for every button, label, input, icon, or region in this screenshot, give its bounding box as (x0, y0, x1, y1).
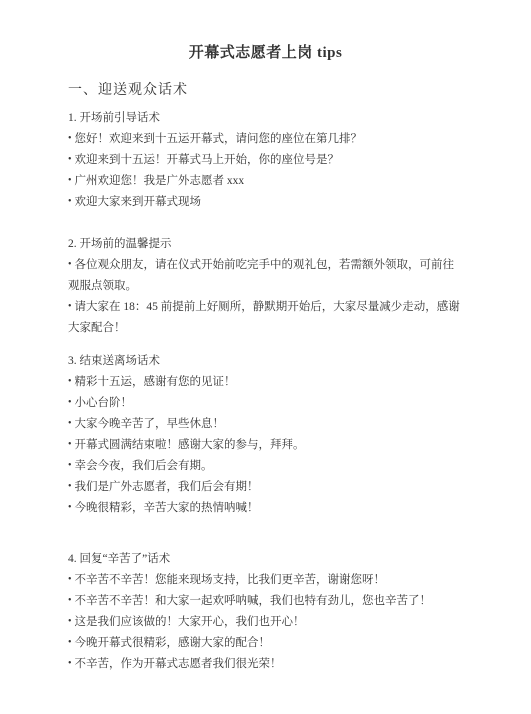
document-content: 开幕式志愿者上岗 tips 一、迎送观众话术 1. 开场前引导话术 •您好！欢迎… (0, 0, 531, 675)
list-item-text: 今晚开幕式很精彩，感谢大家的配合！ (75, 637, 271, 649)
list-item: •欢迎来到十五运！开幕式马上开始，你的座位号是？ (68, 150, 463, 171)
list-item: •各位观众朋友，请在仪式开始前吃完手中的观礼包，若需额外领取，可前往观服点领取。 (68, 255, 463, 297)
bullet-icon: • (68, 434, 72, 455)
list-item: •开幕式圆满结束啦！感谢大家的参与，拜拜。 (68, 435, 463, 456)
list-item-text: 我们是广外志愿者，我们后会有期！ (75, 481, 259, 493)
bullet-icon: • (68, 392, 72, 413)
list-item-text: 开幕式圆满结束啦！感谢大家的参与，拜拜。 (75, 439, 305, 451)
list-item-text: 欢迎大家来到开幕式现场 (75, 196, 202, 208)
list-item: •欢迎大家来到开幕式现场 (68, 192, 463, 213)
list-item: •小心台阶！ (68, 393, 463, 414)
list-item-text: 不辛苦不辛苦！您能来现场支持，比我们更辛苦，谢谢您呀！ (75, 574, 386, 586)
list-item: •我们是广外志愿者，我们后会有期！ (68, 477, 463, 498)
bullet-icon: • (68, 371, 72, 392)
document-title: 开幕式志愿者上岗 tips (68, 44, 463, 63)
bullet-icon: • (68, 653, 72, 674)
list-item-text: 广州欢迎您！我是广外志愿者 xxx (75, 175, 245, 187)
list-item-text: 这是我们应该做的！大家开心，我们也开心！ (75, 616, 305, 628)
bullet-icon: • (68, 569, 72, 590)
bullet-icon: • (68, 611, 72, 632)
section-heading: 4. 回复“辛苦了”话术 (68, 549, 463, 570)
list-item-text: 请大家在 18：45 前提前上好厕所，静默期开始后，大家尽量减少走动，感谢大家配… (68, 301, 460, 334)
bullet-icon: • (68, 254, 72, 275)
bullet-icon: • (68, 170, 72, 191)
list-item-text: 各位观众朋友，请在仪式开始前吃完手中的观礼包，若需额外领取，可前往观服点领取。 (68, 259, 454, 292)
list-item: •这是我们应该做的！大家开心，我们也开心！ (68, 612, 463, 633)
list-item: •大家今晚辛苦了，早些休息！ (68, 414, 463, 435)
bullet-icon: • (68, 149, 72, 170)
list-item: •幸会今夜，我们后会有期。 (68, 456, 463, 477)
bullet-icon: • (68, 296, 72, 317)
section-heading: 1. 开场前引导话术 (68, 108, 463, 129)
list-item: •今晚很精彩，辛苦大家的热情呐喊！ (68, 498, 463, 519)
list-item: •不辛苦，作为开幕式志愿者我们很光荣！ (68, 654, 463, 675)
bullet-icon: • (68, 128, 72, 149)
list-item-text: 小心台阶！ (75, 397, 133, 409)
section-farewell-lines: 3. 结束送离场话术 •精彩十五运，感谢有您的见证！ •小心台阶！ •大家今晚辛… (68, 351, 463, 519)
bullet-icon: • (68, 413, 72, 434)
chapter-heading: 一、迎送观众话术 (68, 82, 463, 100)
section-pre-show-reminders: 2. 开场前的温馨提示 •各位观众朋友，请在仪式开始前吃完手中的观礼包，若需额外… (68, 234, 463, 339)
bullet-icon: • (68, 590, 72, 611)
bullet-icon: • (68, 476, 72, 497)
document-page: 开幕式志愿者上岗 tips 一、迎送观众话术 1. 开场前引导话术 •您好！欢迎… (0, 0, 531, 714)
list-item-text: 欢迎来到十五运！开幕式马上开始，你的座位号是？ (75, 154, 340, 166)
list-item: •您好！欢迎来到十五运开幕式，请问您的座位在第几排？ (68, 129, 463, 150)
list-item: •精彩十五运，感谢有您的见证！ (68, 372, 463, 393)
section-heading: 3. 结束送离场话术 (68, 351, 463, 372)
section-opening-guidance: 1. 开场前引导话术 •您好！欢迎来到十五运开幕式，请问您的座位在第几排？ •欢… (68, 108, 463, 213)
list-item-text: 精彩十五运，感谢有您的见证！ (75, 376, 236, 388)
list-item: •请大家在 18：45 前提前上好厕所，静默期开始后，大家尽量减少走动，感谢大家… (68, 297, 463, 339)
bullet-icon: • (68, 632, 72, 653)
list-item-text: 大家今晚辛苦了，早些休息！ (75, 418, 225, 430)
list-item-text: 不辛苦，作为开幕式志愿者我们很光荣！ (75, 658, 282, 670)
list-item: •不辛苦不辛苦！和大家一起欢呼呐喊，我们也特有劲儿，您也辛苦了！ (68, 591, 463, 612)
list-item-text: 不辛苦不辛苦！和大家一起欢呼呐喊，我们也特有劲儿，您也辛苦了！ (75, 595, 432, 607)
section-heading: 2. 开场前的温馨提示 (68, 234, 463, 255)
bullet-icon: • (68, 191, 72, 212)
bullet-icon: • (68, 455, 72, 476)
list-item-text: 今晚很精彩，辛苦大家的热情呐喊！ (75, 502, 259, 514)
list-item: •广州欢迎您！我是广外志愿者 xxx (68, 171, 463, 192)
list-item: •今晚开幕式很精彩，感谢大家的配合！ (68, 633, 463, 654)
list-item-text: 您好！欢迎来到十五运开幕式，请问您的座位在第几排？ (75, 133, 363, 145)
list-item: •不辛苦不辛苦！您能来现场支持，比我们更辛苦，谢谢您呀！ (68, 570, 463, 591)
list-item-text: 幸会今夜，我们后会有期。 (75, 460, 213, 472)
section-reply-thanks-lines: 4. 回复“辛苦了”话术 •不辛苦不辛苦！您能来现场支持，比我们更辛苦，谢谢您呀… (68, 549, 463, 675)
bullet-icon: • (68, 497, 72, 518)
